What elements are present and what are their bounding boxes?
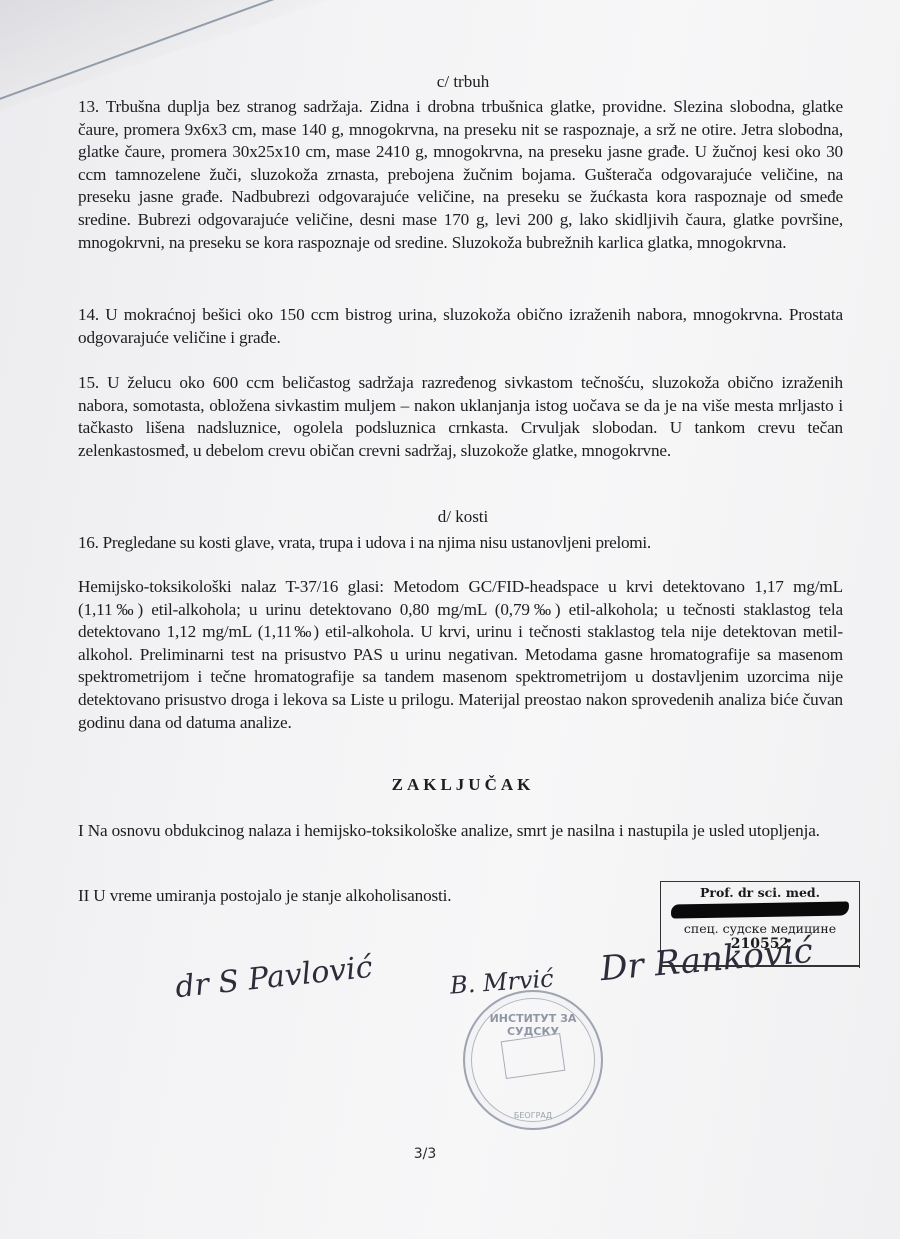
conclusion-point-1: I Na osnovu obdukcinog nalaza i hemijsko… — [78, 820, 823, 843]
seal-emblem-icon — [501, 1033, 566, 1079]
signature-3: Dr Ranković — [599, 931, 815, 989]
paragraph-14: 14. U mokraćnoj bešici oko 150 ccm bistr… — [78, 304, 843, 349]
seal-city: БЕОГРАД — [465, 1111, 601, 1120]
redacted-name — [671, 901, 849, 918]
section-heading-abdomen: c/ trbuh — [78, 72, 848, 92]
conclusion-point-2: II U vreme umiranja postojalo je stanje … — [78, 885, 638, 908]
stamp-specialty: спец. судске медицине — [661, 921, 859, 936]
paragraph-13: 13. Trbušna duplja bez stranog sadržaja.… — [78, 96, 843, 254]
stamp-title: Prof. dr sci. med. — [661, 885, 859, 900]
paragraph-16: 16. Pregledane su kosti glave, vrata, tr… — [78, 532, 843, 555]
toxicology-paragraph: Hemijsko-toksikološki nalaz T-37/16 glas… — [78, 576, 843, 734]
conclusion-title: ZAKLJUČAK — [78, 775, 848, 795]
page-fold-shadow — [0, 0, 330, 110]
seal-text: ИНСТИТУТ ЗА СУДСКУ — [465, 1012, 601, 1038]
institute-seal: ИНСТИТУТ ЗА СУДСКУ БЕОГРАД — [463, 990, 603, 1130]
page-number: 3/3 — [0, 1146, 850, 1162]
paragraph-15: 15. U želucu oko 600 ccm beličastog sadr… — [78, 372, 843, 462]
signature-1: dr S Pavlović — [174, 950, 374, 1005]
section-heading-bones: d/ kosti — [78, 507, 848, 527]
